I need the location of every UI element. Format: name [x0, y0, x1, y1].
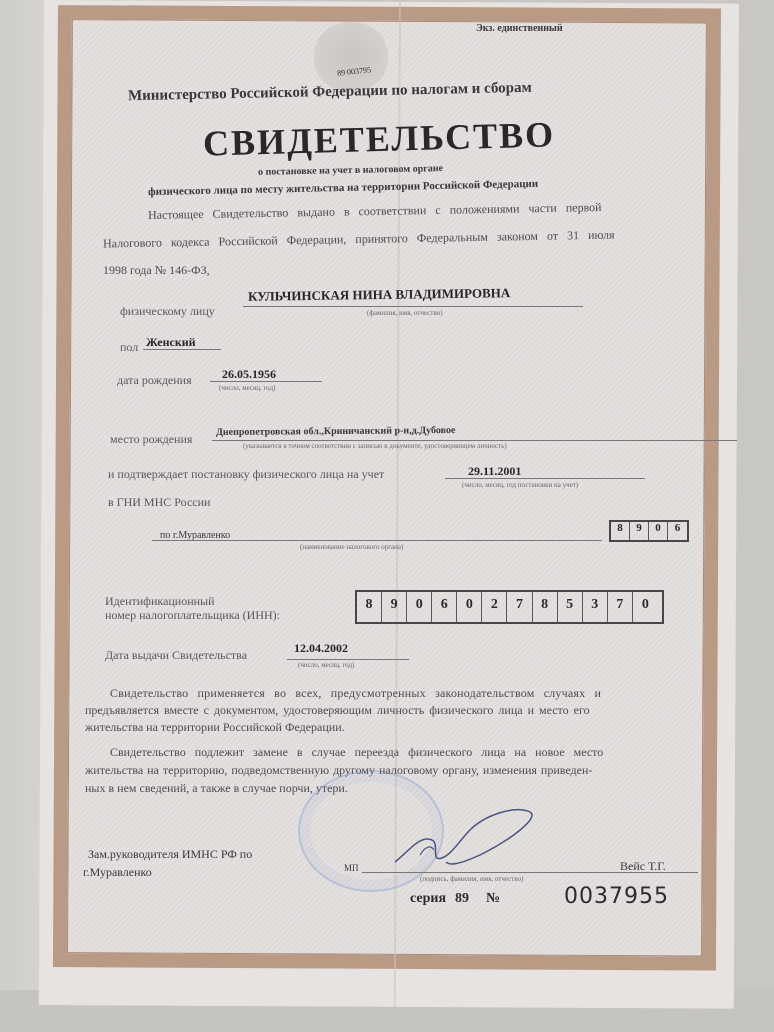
name-hint: (фамилия, имя, отчество)	[367, 309, 443, 317]
sex-value: Женский	[146, 335, 196, 350]
number-sign: №	[486, 891, 500, 907]
dob-value: 26.05.1956	[222, 367, 276, 382]
registration-date-underline	[445, 478, 645, 479]
name-underline	[243, 306, 583, 307]
series-value: 89	[455, 891, 469, 907]
registration-date-value: 29.11.2001	[468, 464, 521, 479]
inn-digit: 5	[558, 592, 583, 622]
signatory-position-line-1: Зам.руководителя ИМНС РФ по	[88, 847, 252, 862]
dob-label: дата рождения	[117, 373, 192, 388]
copy-note: Экз. единственный	[476, 23, 563, 34]
inn-digit: 8	[357, 592, 382, 622]
series-label: серия	[410, 891, 446, 907]
authority-prefix: в ГНИ МНС России	[108, 495, 210, 510]
inn-digit-box: 890602785370	[355, 590, 664, 624]
sex-label: пол	[120, 340, 138, 355]
authority-code-digit: 0	[649, 522, 668, 540]
signature	[390, 800, 560, 870]
issue-date-value: 12.04.2002	[294, 641, 348, 656]
name-label: физическому лицу	[120, 304, 215, 319]
inn-digit: 6	[432, 592, 457, 622]
issue-date-hint: (число, месяц, год)	[298, 661, 354, 669]
signatory-name: Вейс Т.Г.	[620, 859, 666, 874]
inn-digit: 8	[533, 592, 558, 622]
inn-digit: 7	[608, 592, 633, 622]
inn-digit: 0	[633, 592, 658, 622]
authority-underline	[152, 540, 602, 541]
inn-label-line-2: номер налогоплательщика (ИНН):	[105, 608, 280, 623]
dob-hint: (число, месяц, год)	[219, 384, 275, 392]
inn-digit: 2	[482, 592, 507, 622]
issue-date-underline	[287, 659, 409, 660]
registration-date-hint: (число, месяц, год постановки на учет)	[462, 481, 578, 489]
inn-label-line-1: Идентификационный	[105, 594, 215, 609]
note-2-line-3: ных в нем сведений, а также в случае пор…	[85, 781, 348, 796]
inn-digit: 9	[382, 592, 407, 622]
note-1-line-1: Свидетельство применяется во всех, преду…	[110, 686, 601, 701]
authority-code-digit: 8	[611, 522, 630, 540]
authority-hint: (наименование налогового органа)	[300, 543, 403, 551]
embossed-seal	[312, 22, 390, 92]
birthplace-hint: (указывается в точном соответствии с зап…	[243, 442, 507, 450]
registration-confirm-label: и подтверждает постановку физического ли…	[108, 467, 384, 482]
note-1-line-2: предъявляется вместе с документом, удост…	[85, 703, 590, 718]
signature-hint: (подпись, фамилия, имя, отчество)	[420, 875, 523, 883]
note-1-line-3: жительства на территории Российской Феде…	[85, 720, 345, 735]
inn-digit: 3	[583, 592, 608, 622]
inn-digit: 0	[457, 592, 482, 622]
inn-digit: 0	[407, 592, 432, 622]
sex-underline	[143, 349, 221, 350]
certificate-number: 0037955	[564, 884, 669, 909]
authority-code-digit: 6	[668, 522, 687, 540]
authority-code-digit: 9	[630, 522, 649, 540]
birthplace-underline	[212, 440, 737, 441]
issue-date-label: Дата выдачи Свидетельства	[105, 648, 247, 663]
dob-underline	[210, 381, 322, 382]
authority-code-box: 8 9 0 6	[609, 520, 689, 542]
signatory-position-line-2: г.Муравленко	[83, 865, 152, 880]
birthplace-value: Днепропетровская обл.,Криничанский р-н,д…	[216, 425, 455, 438]
note-2-line-1: Свидетельство подлежит замене в случае п…	[110, 745, 603, 760]
mp-label: МП	[344, 863, 359, 873]
birthplace-label: место рождения	[110, 432, 192, 447]
intro-line-3: 1998 года № 146-ФЗ,	[103, 263, 210, 278]
inn-digit: 7	[507, 592, 532, 622]
